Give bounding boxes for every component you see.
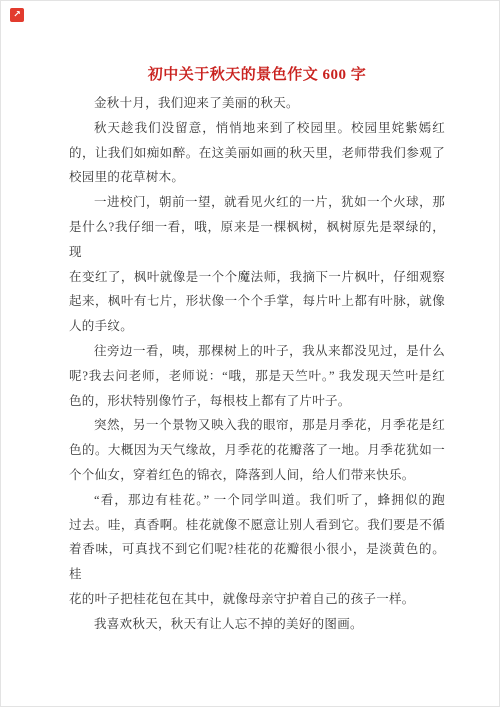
essay-line: 校园里的花草树木。 [69,165,445,190]
essay-line: 的，让我们如痴如醉。在这美丽如画的秋天里，老师带我们参观了 [69,141,445,166]
red-corner-badge: ↗ [10,8,24,22]
essay-paragraph: 往旁边一看，咦，那棵树上的叶子，我从来都没见过，是什么呢?我去问老师，老师说：“… [69,339,445,413]
essay-body: 金秋十月，我们迎来了美丽的秋天。秋天趁我们没留意，悄悄地来到了校园里。校园里姹紫… [69,91,445,637]
essay-line: 往旁边一看，咦，那棵树上的叶子，我从来都没见过，是什么 [69,339,445,364]
essay-line: 金秋十月，我们迎来了美丽的秋天。 [69,91,445,116]
essay-line: 呢?我去问老师，老师说：“哦，那是天竺叶。” 我发现天竺叶是红 [69,364,445,389]
essay-paragraph: 突然，另一个景物又映入我的眼帘，那是月季花，月季花是红色的。大概因为天气缘故，月… [69,413,445,487]
essay-line: 突然，另一个景物又映入我的眼帘，那是月季花，月季花是红 [69,413,445,438]
essay-line: 色的。大概因为天气缘故，月季花的花瓣落了一地。月季花犹如一 [69,438,445,463]
essay-paragraph: 秋天趁我们没留意，悄悄地来到了校园里。校园里姹紫嫣红的，让我们如痴如醉。在这美丽… [69,116,445,190]
essay-line: 人的手纹。 [69,314,445,339]
essay-line: 花的叶子把桂花包在其中，就像母亲守护着自己的孩子一样。 [69,587,445,612]
essay-paragraph: 金秋十月，我们迎来了美丽的秋天。 [69,91,445,116]
essay-line: 起来，枫叶有七片，形状像一个个手掌，每片叶上都有叶脉，就像 [69,289,445,314]
arrow-icon: ↗ [13,8,21,22]
essay-line: 一进校门，朝前一望，就看见火红的一片，犹如一个火球，那 [69,190,445,215]
essay-line: 个个仙女，穿着红色的锦衣，降落到人间，给人们带来快乐。 [69,463,445,488]
essay-line: 我喜欢秋天，秋天有让人忘不掉的美好的图画。 [69,612,445,637]
essay-line: 是什么?我仔细一看，哦，原来是一棵枫树，枫树原先是翠绿的，现 [69,215,445,265]
document-page: ↗ 初中关于秋天的景色作文 600 字 金秋十月，我们迎来了美丽的秋天。秋天趁我… [0,0,500,707]
essay-paragraph: 一进校门，朝前一望，就看见火红的一片，犹如一个火球，那是什么?我仔细一看，哦，原… [69,190,445,339]
essay-line: 着香味，可真找不到它们呢?桂花的花瓣很小很小，是淡黄色的。桂 [69,537,445,587]
essay-paragraph: 我喜欢秋天，秋天有让人忘不掉的美好的图画。 [69,612,445,637]
essay-line: 秋天趁我们没留意，悄悄地来到了校园里。校园里姹紫嫣红 [69,116,445,141]
essay-line: “看，那边有桂花。” 一个同学叫道。我们听了，蜂拥似的跑 [69,488,445,513]
essay-title: 初中关于秋天的景色作文 600 字 [69,61,445,89]
essay-paragraph: “看，那边有桂花。” 一个同学叫道。我们听了，蜂拥似的跑过去。哇，真香啊。桂花就… [69,488,445,612]
essay-content: 初中关于秋天的景色作文 600 字 金秋十月，我们迎来了美丽的秋天。秋天趁我们没… [69,61,445,637]
essay-line: 过去。哇，真香啊。桂花就像不愿意让别人看到它。我们要是不循 [69,513,445,538]
essay-line: 在变红了，枫叶就像是一个个魔法师，我摘下一片枫叶，仔细观察 [69,265,445,290]
essay-line: 色的，形状特别像竹子，每根枝上都有了片叶子。 [69,389,445,414]
